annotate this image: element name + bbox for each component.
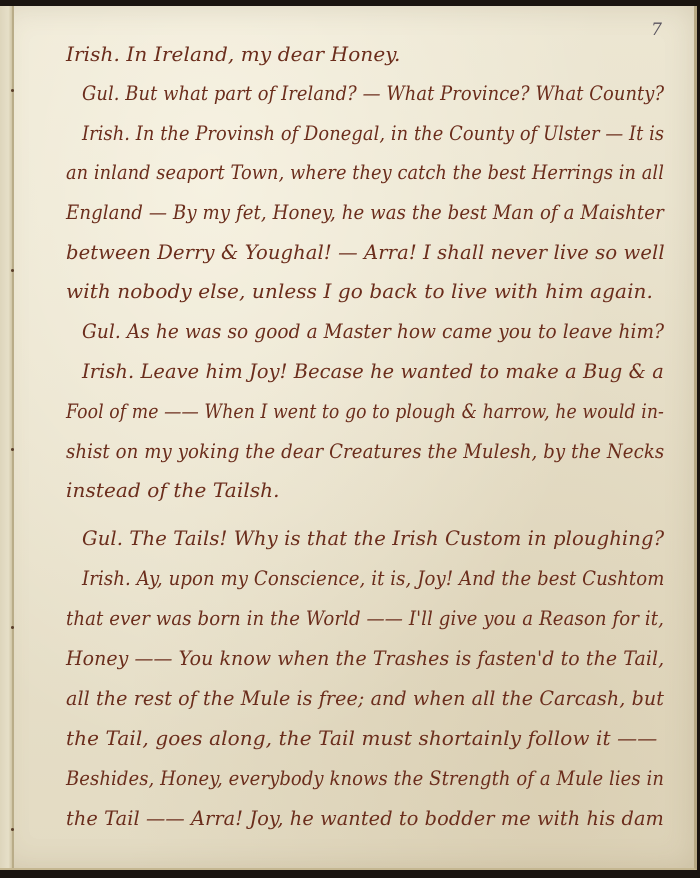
binding-stitch [11, 269, 14, 272]
binding-fold-line [12, 6, 14, 868]
binding-stitch [11, 448, 14, 451]
text-line: Irish. In Ireland, my dear Honey. [66, 42, 400, 66]
page-number: 7 [651, 20, 662, 40]
text-line: Beshides, Honey, everybody knows the Str… [66, 766, 664, 790]
text-line: Honey —— You know when the Trashes is fa… [66, 646, 664, 670]
text-line: Irish. Ay, upon my Conscience, it is, Jo… [82, 566, 664, 590]
scan-frame: 7 Irish. In Ireland, my dear Honey. Gul.… [0, 0, 700, 878]
text-line: shist on my yoking the dear Creatures th… [66, 439, 664, 463]
text-line: Gul. But what part of Ireland? — What Pr… [82, 81, 664, 105]
text-line: between Derry & Youghal! — Arra! I shall… [66, 240, 665, 264]
text-line: the Tail, goes along, the Tail must shor… [66, 726, 657, 750]
text-line: the Tail —— Arra! Joy, he wanted to bodd… [66, 806, 664, 830]
text-line: Fool of me —— When I went to go to ploug… [66, 399, 664, 423]
text-line: with nobody else, unless I go back to li… [66, 279, 653, 303]
binding-stitch [11, 828, 14, 831]
text-line: instead of the Tailsh. [66, 478, 280, 502]
manuscript-page: 7 Irish. In Ireland, my dear Honey. Gul.… [0, 6, 697, 870]
text-line: England — By my fet, Honey, he was the b… [66, 200, 664, 224]
text-line: Gul. The Tails! Why is that the Irish Cu… [82, 526, 664, 550]
text-line: an inland seaport Town, where they catch… [66, 160, 664, 184]
text-line: Irish. Leave him Joy! Becase he wanted t… [82, 359, 664, 383]
binding-stitch [11, 626, 14, 629]
text-line: Irish. In the Provinsh of Donegal, in th… [82, 121, 664, 145]
text-line: Gul. As he was so good a Master how came… [82, 319, 664, 343]
binding-gutter [0, 6, 12, 868]
text-line: that ever was born in the World —— I'll … [66, 606, 664, 630]
text-line: all the rest of the Mule is free; and wh… [66, 686, 664, 710]
binding-stitch [11, 89, 14, 92]
